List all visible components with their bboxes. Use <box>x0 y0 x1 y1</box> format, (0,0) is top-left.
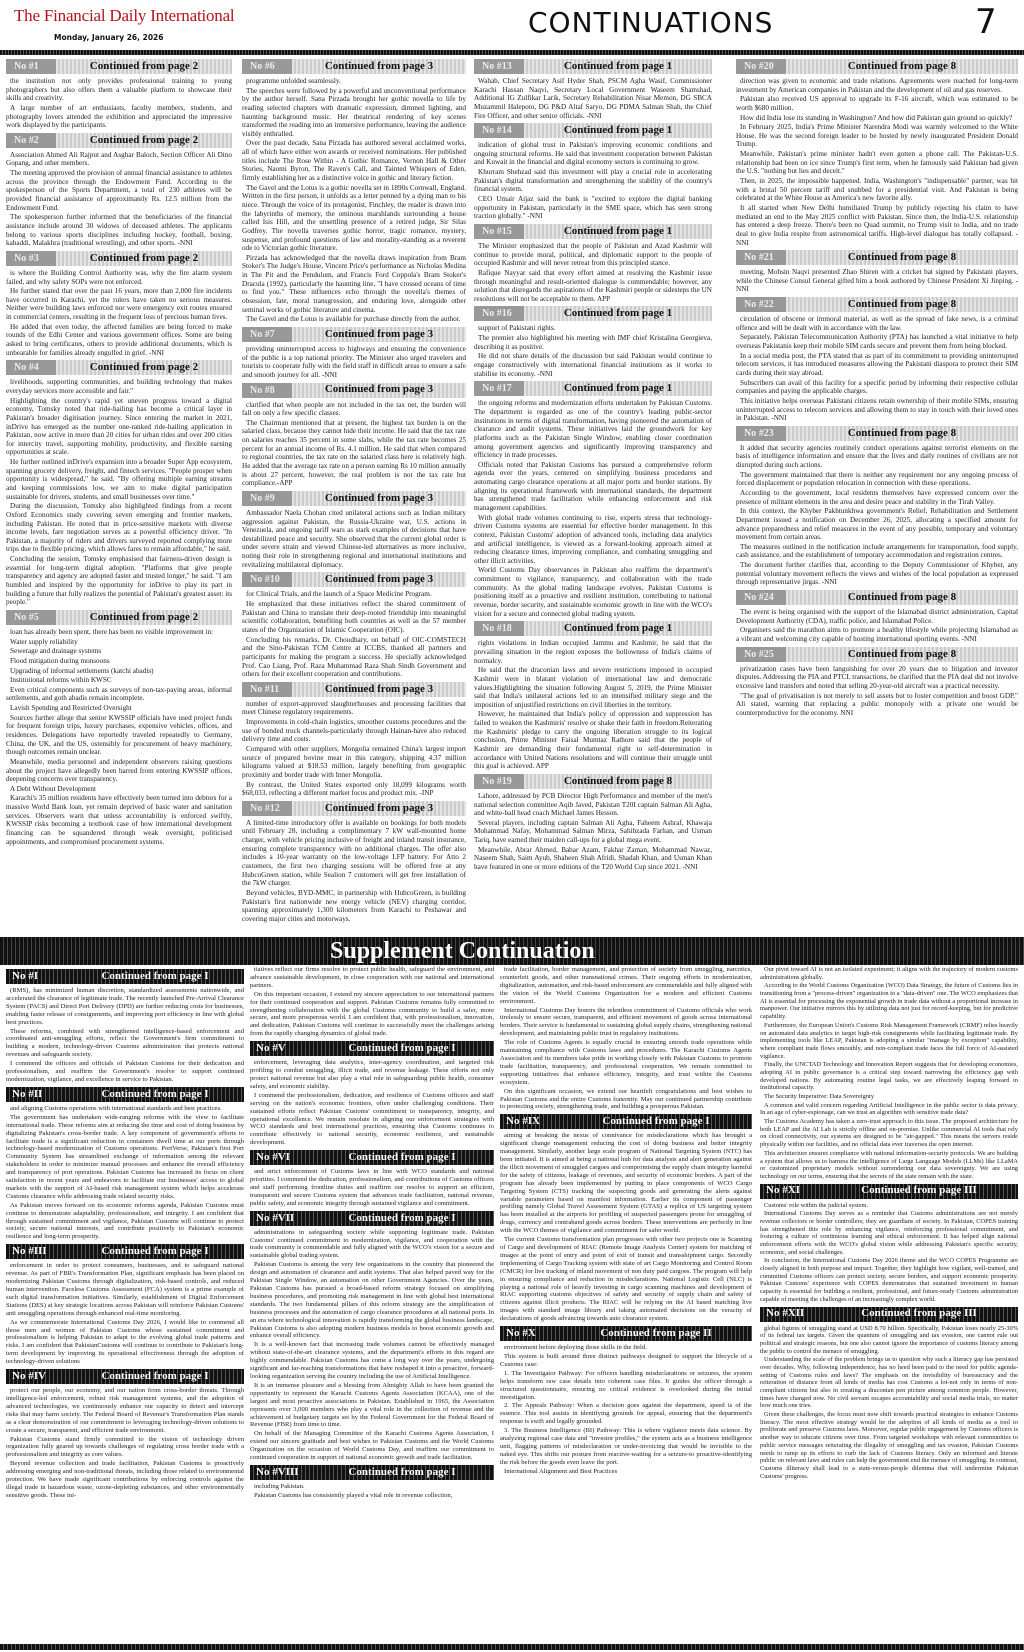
article-paragraph: Meanwhile, media personnel and independe… <box>6 758 232 784</box>
article-paragraph: On this important occasion, I extend my … <box>250 991 494 1038</box>
issue-date: Monday, January 26, 2026 <box>54 33 163 42</box>
continuation-header: No #22Continued from page 8 <box>736 297 1018 312</box>
article-paragraph: The government has undertaken wide-rangi… <box>6 1114 244 1201</box>
continuation-header: No #18Continued from page 1 <box>474 621 712 636</box>
article-paragraph: global figures of smuggling stand at USD… <box>760 1325 1018 1356</box>
article-paragraph: Wahab, Chief Secretary Asif Hyder Shah, … <box>474 77 712 120</box>
article-paragraph: With global trade volumes continuing to … <box>474 514 712 566</box>
article-continuation: No #22Continued from page 8circulation o… <box>736 297 1018 423</box>
continued-from-label: Continued from page I <box>310 1042 494 1055</box>
article-paragraph: It is a well-known fact that increasing … <box>250 1341 494 1381</box>
continued-from-label: Continued from page I <box>66 1370 244 1383</box>
article-paragraph: clarified that when people are not inclu… <box>242 401 466 418</box>
article-paragraph: The event is being organised with the su… <box>736 608 1018 625</box>
continued-from-label: Continued from page 2 <box>56 252 232 265</box>
article-paragraph: The Gavel and the Lotus is available for… <box>242 315 466 324</box>
continuation-header: No #VContinued from page I <box>250 1041 494 1056</box>
article-continuation: No #IContinued from page I(RMS), has min… <box>6 969 244 1084</box>
article-paragraph: This initiative helps overseas Pakistani… <box>736 397 1018 423</box>
article-number: No #IX <box>500 1115 560 1128</box>
article-paragraph: By contrast, the United States exported … <box>242 781 466 798</box>
article-continuation: No #16Continued from page 1support of Pa… <box>474 306 712 378</box>
article-paragraph: tiatives reflect our firms resolve to pr… <box>250 966 494 990</box>
article-continuation: No #25Continued from page 8privatization… <box>736 647 1018 718</box>
article-paragraph: Separately, Pakistan Telecommunication A… <box>736 333 1018 350</box>
continuation-header: No #4Continued from page 2 <box>6 360 232 375</box>
article-paragraph: Sewerage and drainage systems <box>6 647 232 656</box>
top-divider-rule <box>0 50 1024 55</box>
continuation-header: No #VIIIContinued from page I <box>250 1465 494 1480</box>
article-paragraph: The measures outlined in the notificatio… <box>736 543 1018 560</box>
article-paragraph: In February 2025, India's Prime Minister… <box>736 123 1018 149</box>
article-paragraph: CEO Umair Aijaz said the bank is "excite… <box>474 195 712 221</box>
continuation-header: No #16Continued from page 1 <box>474 306 712 321</box>
continuation-header: No #17Continued from page 1 <box>474 381 712 396</box>
article-continuation: No #3Continued from page 2is where the B… <box>6 251 232 357</box>
continued-from-label: Continued from page 8 <box>786 427 1018 440</box>
supplement-column-1: No #IContinued from page I(RMS), has min… <box>6 966 244 1642</box>
article-paragraph: Beyond vehicles, BYD-MMC, in partnership… <box>242 889 466 924</box>
article-continuation: No #IVContinued from page Iprotect our p… <box>6 1369 244 1500</box>
article-paragraph: The meeting approved the provision of an… <box>6 169 232 212</box>
continued-from-label: Continued from page I <box>310 1466 494 1479</box>
article-paragraph: Pakistan Customs has consistently played… <box>250 1492 494 1500</box>
article-number: No #II <box>6 1088 66 1101</box>
continued-from-label: Continued from page II <box>560 1327 752 1340</box>
article-paragraph: He said that the draconian laws and seve… <box>474 666 712 709</box>
article-paragraph: Then, in 2025, the impossible happened. … <box>736 177 1018 203</box>
article-paragraph: It is an immense pleasure and a blessing… <box>250 1382 494 1429</box>
continued-from-label: Continued from page 3 <box>292 802 466 815</box>
article-continuation: tiatives reflect our firms resolve to pr… <box>250 966 494 1038</box>
article-paragraph: Pakistan also received US approval to up… <box>736 95 1018 112</box>
article-paragraph: enforcement in order to protect consumer… <box>6 1262 244 1317</box>
continuation-header: No #15Continued from page 1 <box>474 224 712 239</box>
continued-from-label: Continued from page III <box>820 1184 1018 1197</box>
continued-from-label: Continued from page 8 <box>524 775 712 788</box>
article-number: No #6 <box>242 59 292 74</box>
article-number: No #15 <box>474 224 524 239</box>
article-paragraph: Several players, including captain Salma… <box>474 819 712 845</box>
article-continuation: No #10Continued from page 3for Clinical … <box>242 572 466 678</box>
continuation-header: No #25Continued from page 8 <box>736 647 1018 662</box>
article-paragraph: Meanwhile, Abrar Ahmed, Babar Azam, Fakh… <box>474 846 712 872</box>
article-paragraph: livelihoods, supporting communities, and… <box>6 378 232 395</box>
article-paragraph: A common and valid concern regarding Art… <box>760 1102 1018 1117</box>
article-paragraph: loan has already been spent, there has b… <box>6 628 232 637</box>
article-number: No #25 <box>736 647 786 662</box>
continued-from-label: Continued from page III <box>820 1307 1018 1320</box>
article-paragraph: In conclusion, the International Customs… <box>760 1257 1018 1303</box>
continued-from-label: Continued from page 1 <box>524 622 712 635</box>
article-paragraph: Flood mitigation during monsoons <box>6 657 232 666</box>
article-continuation: No #15Continued from page 1The Minister … <box>474 224 712 303</box>
article-paragraph: In a social media post, the PTA stated t… <box>736 352 1018 378</box>
article-paragraph: Ambassador Naela Chohan cited unilateral… <box>242 509 466 569</box>
continued-from-label: Continued from page 3 <box>292 60 466 73</box>
column-4: No #20Continued from page 8direction was… <box>736 56 1018 934</box>
article-number: No #2 <box>6 133 56 148</box>
article-number: No #24 <box>736 590 786 605</box>
article-paragraph: The Security Imperative: Data Sovereignt… <box>760 1093 1018 1101</box>
continued-from-label: Continued from page I <box>560 1115 752 1128</box>
continuation-header: No #IVContinued from page I <box>6 1369 244 1384</box>
article-paragraph: Meanwhile, Pakistan's prime minister had… <box>736 150 1018 176</box>
continuation-header: No #9Continued from page 3 <box>242 491 466 506</box>
continuation-header: No #2Continued from page 2 <box>6 133 232 148</box>
continued-from-label: Continued from page I <box>66 1088 244 1101</box>
article-paragraph: protect our people, our economy, and our… <box>6 1387 244 1434</box>
continuation-header: No #7Continued from page 3 <box>242 327 466 342</box>
article-paragraph: The Customs Academy has taken a zero-tru… <box>760 1118 1018 1149</box>
article-paragraph: privatization cases have been languishin… <box>736 665 1018 691</box>
continued-from-label: Continued from page 3 <box>292 683 466 696</box>
article-paragraph: the institution not only provides profes… <box>6 77 232 103</box>
continued-from-label: Continued from page 1 <box>524 307 712 320</box>
article-paragraph: is where the Building Control Authority … <box>6 269 232 286</box>
continuation-header: No #23Continued from page 8 <box>736 426 1018 441</box>
article-continuation: No #2Continued from page 2Association Ah… <box>6 133 232 248</box>
article-continuation: No #XIContinued from page IIICustoms' ro… <box>760 1184 1018 1304</box>
article-continuation: Our pivot toward AI is not an isolated e… <box>760 966 1018 1181</box>
article-number: No #XII <box>760 1307 820 1320</box>
article-number: No #5 <box>6 610 56 625</box>
article-continuation: No #8Continued from page 3clarified that… <box>242 383 466 488</box>
article-paragraph: Rafique Nayyar said that every effort ai… <box>474 269 712 304</box>
article-number: No #3 <box>6 251 56 266</box>
article-continuation: No #7Continued from page 3providing unin… <box>242 327 466 380</box>
article-number: No #V <box>250 1042 310 1055</box>
article-continuation: No #IIContinued from page Iand aligning … <box>6 1087 244 1241</box>
continued-from-label: Continued from page 3 <box>292 328 466 341</box>
article-paragraph: meeting, Mohsin Naqvi presented Zhao Shi… <box>736 268 1018 294</box>
continuation-header: No #IXContinued from page I <box>500 1114 752 1129</box>
article-number: No #20 <box>736 59 786 74</box>
article-paragraph: Water supply reliability <box>6 638 232 647</box>
article-paragraph: As we commemorate International Customs … <box>6 1319 244 1366</box>
continuation-header: No #VIContinued from page I <box>250 1150 494 1165</box>
continued-from-label: Continued from page 3 <box>292 492 466 505</box>
article-paragraph: He did not share details of the discussi… <box>474 352 712 378</box>
article-paragraph: In this context, the Khyber Pakhtunkhwa … <box>736 507 1018 542</box>
article-paragraph: 3. The Business Intelligence (BI) Pathwa… <box>500 1427 752 1467</box>
article-paragraph: providing uninterrupted access to highwa… <box>242 345 466 380</box>
continuation-header: No #6Continued from page 3 <box>242 59 466 74</box>
article-number: No #10 <box>242 572 292 587</box>
article-paragraph: Even critical components such as surveys… <box>6 686 232 703</box>
continuation-header: No #3Continued from page 2 <box>6 251 232 266</box>
continuation-header: No #10Continued from page 3 <box>242 572 466 587</box>
article-paragraph: for Clinical Trials, and the launch of a… <box>242 590 466 599</box>
continued-from-label: Continued from page 1 <box>524 382 712 395</box>
article-paragraph: Customs' role within the judicial system… <box>760 1202 1018 1210</box>
article-number: No #9 <box>242 491 292 506</box>
article-paragraph: World Customs Day observances in Pakista… <box>474 566 712 618</box>
section-title: CONTINUATIONS <box>528 6 773 39</box>
article-paragraph: The premier also highlighted his meeting… <box>474 334 712 351</box>
article-paragraph: Karachi's 35 million residents have effe… <box>6 794 232 846</box>
article-number: No #IV <box>6 1370 66 1383</box>
column-3: No #13Continued from page 1Wahab, Chief … <box>474 56 712 934</box>
article-number: No #11 <box>242 682 292 697</box>
article-paragraph: On behalf of the Managing Committee of t… <box>250 1430 494 1462</box>
article-paragraph: Concluding the session, Tomsky emphasise… <box>6 555 232 607</box>
article-number: No #XI <box>760 1184 820 1197</box>
article-paragraph: Given these challenges, the focus must n… <box>760 1411 1018 1480</box>
continuation-header: No #21Continued from page 8 <box>736 250 1018 265</box>
article-paragraph: As Pakistan moves forward on its economi… <box>6 1202 244 1242</box>
continued-from-label: Continued from page 2 <box>56 361 232 374</box>
continued-from-label: Continued from page I <box>66 1245 244 1258</box>
article-paragraph: I commend the officers and officials of … <box>6 1060 244 1084</box>
continued-from-label: Continued from page I <box>66 970 244 983</box>
continuation-header: No #12Continued from page 3 <box>242 801 466 816</box>
supplement-banner: Supplement Continuation <box>0 937 1024 965</box>
article-paragraph: Association Ahmed Ali Rajput and Asghar … <box>6 151 232 168</box>
article-paragraph: Furthermore, the European Union's Custom… <box>760 1022 1018 1060</box>
supplement-column-3: trade facilitation, border management, a… <box>500 966 752 1642</box>
article-continuation: No #12Continued from page 3A limited-tim… <box>242 801 466 924</box>
article-number: No #III <box>6 1245 66 1258</box>
article-paragraph: the ongoing reforms and modernization ef… <box>474 399 712 459</box>
article-continuation: No #IXContinued from page Iaiming at bre… <box>500 1114 752 1323</box>
article-paragraph: International Alignment and Best Practic… <box>500 1468 752 1476</box>
article-paragraph: However, he maintained that India's poli… <box>474 710 712 770</box>
article-number: No #18 <box>474 621 524 636</box>
article-paragraph: Highlighting the country's rapid yet une… <box>6 397 232 457</box>
continuation-header: No #IContinued from page I <box>6 969 244 984</box>
article-continuation: No #4Continued from page 2livelihoods, s… <box>6 360 232 607</box>
article-paragraph: Khurram Shehzad said this investment wil… <box>474 168 712 194</box>
article-paragraph: The Chairman mentioned that at present, … <box>242 419 466 488</box>
continued-from-label: Continued from page 1 <box>524 124 712 137</box>
continuation-header: No #24Continued from page 8 <box>736 590 1018 605</box>
article-paragraph: Officials noted that Pakistan Customs ha… <box>474 461 712 513</box>
article-paragraph: "The goal of privatisation is not merely… <box>736 692 1018 718</box>
article-continuation: No #19Continued from page 8Lahore, addre… <box>474 774 712 872</box>
article-paragraph: Lavish Spending and Restricted Oversight <box>6 704 232 713</box>
article-paragraph: The government maintained that there is … <box>736 471 1018 488</box>
article-continuation: No #XIIContinued from page IIIglobal fig… <box>760 1307 1018 1481</box>
continuation-header: No #IIContinued from page I <box>6 1087 244 1102</box>
article-paragraph: The role of Customs Agents is equally cr… <box>500 1039 752 1086</box>
article-continuation: No #VContinued from page Ienforcement, l… <box>250 1041 494 1147</box>
article-continuation: No #9Continued from page 3Ambassador Nae… <box>242 491 466 569</box>
article-paragraph: Concluding his remarks, Dr. Choudhary, o… <box>242 636 466 679</box>
article-paragraph: Organisers said the marathon aims to pro… <box>736 626 1018 643</box>
article-number: No #16 <box>474 306 524 321</box>
article-continuation: No #11Continued from page 3number of exp… <box>242 682 466 798</box>
continuation-header: No #11Continued from page 3 <box>242 682 466 697</box>
continuation-header: No #XIContinued from page III <box>760 1184 1018 1199</box>
article-number: No #I <box>6 970 66 983</box>
article-paragraph: Sources further allege that senior KWSSI… <box>6 714 232 757</box>
article-continuation: No #23Continued from page 8It added that… <box>736 426 1018 587</box>
article-paragraph: environment before deploying those skill… <box>500 1344 752 1352</box>
article-number: No #VIII <box>250 1466 310 1479</box>
continuation-header: No #XIIContinued from page III <box>760 1307 1018 1322</box>
article-paragraph: rights violations in Indian occupied Jam… <box>474 639 712 665</box>
continued-from-label: Continued from page 1 <box>524 225 712 238</box>
article-number: No #VII <box>250 1212 310 1225</box>
article-paragraph: Our pivot toward AI is not an isolated e… <box>760 966 1018 981</box>
article-paragraph: trade facilitation, border management, a… <box>500 966 752 1006</box>
article-paragraph: direction was given to economic and trad… <box>736 77 1018 94</box>
article-paragraph: A Debt Without Development <box>6 785 232 794</box>
continued-from-label: Continued from page 2 <box>56 611 232 624</box>
article-number: No #23 <box>736 426 786 441</box>
article-number: No #7 <box>242 327 292 342</box>
article-continuation: No #5Continued from page 2loan has alrea… <box>6 610 232 846</box>
article-paragraph: and strict enforcement of Customs laws i… <box>250 1168 494 1208</box>
article-paragraph: He emphasized that these initiatives ref… <box>242 600 466 635</box>
continuation-header: No #14Continued from page 1 <box>474 123 712 138</box>
article-continuation: No #21Continued from page 8meeting, Mohs… <box>736 250 1018 294</box>
continued-from-label: Continued from page 8 <box>786 60 1018 73</box>
bottom-divider-rule <box>0 1644 1024 1650</box>
article-continuation: No #17Continued from page 1the ongoing r… <box>474 381 712 618</box>
article-number: No #21 <box>736 250 786 265</box>
supplement-column-2: tiatives reflect our firms resolve to pr… <box>250 966 494 1642</box>
article-paragraph: number of export-approved slaughterhouse… <box>242 700 466 717</box>
article-number: No #8 <box>242 383 292 398</box>
article-number: No #17 <box>474 381 524 396</box>
article-paragraph: The Gavel and the Lotus is a gothic nove… <box>242 184 466 253</box>
article-paragraph: 1. The Investigator Pathway: For officer… <box>500 1370 752 1402</box>
article-paragraph: According to the government, local resid… <box>736 489 1018 506</box>
article-paragraph: He further outlined inDrive's expansion … <box>6 458 232 501</box>
article-number: No #12 <box>242 801 292 816</box>
article-number: No #14 <box>474 123 524 138</box>
article-paragraph: According to the World Customs Organizat… <box>760 982 1018 1020</box>
article-continuation: trade facilitation, border management, a… <box>500 966 752 1111</box>
article-paragraph: Improvements in cold-chain logistics, sm… <box>242 718 466 744</box>
article-paragraph: Understanding the scale of the problem b… <box>760 1356 1018 1410</box>
article-continuation: No #13Continued from page 1Wahab, Chief … <box>474 59 712 120</box>
continuation-header: No #VIIContinued from page I <box>250 1211 494 1226</box>
article-number: No #1 <box>6 59 56 74</box>
continuation-header: No #13Continued from page 1 <box>474 59 712 74</box>
article-paragraph: Pakistan Customs is among the very few o… <box>250 1261 494 1340</box>
continued-from-label: Continued from page 8 <box>786 648 1018 661</box>
article-paragraph: Pakistan Customs stand firmly committed … <box>6 1436 244 1460</box>
article-paragraph: indication of global trust in Pakistan's… <box>474 141 712 167</box>
article-paragraph: How did India lose its standing in Washi… <box>736 114 1018 123</box>
page-number: 7 <box>975 2 997 42</box>
article-paragraph: Institutional reforms within KWSC <box>6 676 232 685</box>
article-paragraph: It all started when New Delhi humiliated… <box>736 204 1018 247</box>
article-paragraph: The spokesperson further informed that t… <box>6 213 232 248</box>
article-paragraph: A large number of art enthusiasts, facul… <box>6 104 232 130</box>
article-paragraph: The current Customs transformation plan … <box>500 1236 752 1323</box>
article-paragraph: Upgrading of informal settlements (katch… <box>6 667 232 676</box>
article-paragraph: This architecture ensures compliance wit… <box>760 1150 1018 1181</box>
article-paragraph: A limited-time introductory offer is ava… <box>242 819 466 888</box>
continued-from-label: Continued from page I <box>310 1212 494 1225</box>
article-number: No #13 <box>474 59 524 74</box>
article-paragraph: and aligning Customs operations with int… <box>6 1105 244 1113</box>
continuation-header: No #19Continued from page 8 <box>474 774 712 789</box>
article-paragraph: It added that security agencies routinel… <box>736 444 1018 470</box>
article-number: No #VI <box>250 1151 310 1164</box>
continuation-header: No #1Continued from page 2 <box>6 59 232 74</box>
article-paragraph: Pirzada has acknowledged that the novell… <box>242 254 466 314</box>
article-paragraph: aiming at breaking the nexus of connivan… <box>500 1132 752 1235</box>
continued-from-label: Continued from page 1 <box>524 60 712 73</box>
continued-from-label: Continued from page 3 <box>292 383 466 396</box>
continuation-header: No #8Continued from page 3 <box>242 383 466 398</box>
article-paragraph: 2. The Appeals Pathway: When a decision … <box>500 1402 752 1426</box>
article-paragraph: The speeches were followed by a powerful… <box>242 87 466 139</box>
article-paragraph: administrations in safeguarding society … <box>250 1229 494 1261</box>
continued-from-label: Continued from page 8 <box>786 251 1018 264</box>
article-paragraph: The Minister emphasized that the people … <box>474 242 712 268</box>
article-continuation: No #VIIContinued from page Iadministrati… <box>250 1211 494 1462</box>
continuation-header: No #XContinued from page II <box>500 1326 752 1341</box>
article-paragraph: I commend the professionalism, dedicatio… <box>250 1092 494 1147</box>
article-paragraph: enforcement, leveraging data analytics, … <box>250 1059 494 1091</box>
article-paragraph: Over the past decade, Sana Pirzada has a… <box>242 139 466 182</box>
supplement-title: Supplement Continuation <box>330 937 595 965</box>
article-number: No #19 <box>474 774 524 789</box>
continuation-header: No #5Continued from page 2 <box>6 610 232 625</box>
article-number: No #X <box>500 1327 560 1340</box>
article-continuation: No #IIIContinued from page Ienforcement … <box>6 1244 244 1366</box>
article-continuation: No #1Continued from page 2the institutio… <box>6 59 232 130</box>
article-paragraph: (RMS), has minimized human discretion, s… <box>6 987 244 1027</box>
article-paragraph: Lahore, addressed by PCB Director High P… <box>474 792 712 818</box>
article-paragraph: This system is built around three distin… <box>500 1353 752 1369</box>
article-paragraph: Compared with other suppliers, Mongolia … <box>242 745 466 780</box>
article-continuation: No #24Continued from page 8The event is … <box>736 590 1018 644</box>
continuation-header: No #IIIContinued from page I <box>6 1244 244 1259</box>
article-continuation: No #6Continued from page 3programme unfo… <box>242 59 466 324</box>
masthead: The Financial Daily International Monday… <box>0 0 1024 50</box>
article-continuation: No #14Continued from page 1indication of… <box>474 123 712 221</box>
article-paragraph: circulation of obscene or immoral materi… <box>736 315 1018 332</box>
article-paragraph: International Customs Day serves as a re… <box>760 1210 1018 1256</box>
article-paragraph: Subscribers can avail of this facility f… <box>736 379 1018 396</box>
column-2: No #6Continued from page 3programme unfo… <box>242 56 466 934</box>
continued-from-label: Continued from page 8 <box>786 298 1018 311</box>
article-paragraph: The document further clarifies that, acc… <box>736 561 1018 587</box>
article-continuation: No #XContinued from page IIenvironment b… <box>500 1326 752 1476</box>
article-paragraph: International Customs Day honors the rel… <box>500 1007 752 1039</box>
article-paragraph: He further stated that over the past 16 … <box>6 287 232 322</box>
article-paragraph: Beyond revenue collection and trade faci… <box>6 1460 244 1500</box>
article-paragraph: On this significant occasion, we extend … <box>500 1088 752 1112</box>
supplement-column-4: Our pivot toward AI is not an isolated e… <box>760 966 1018 1642</box>
article-continuation: No #VIContinued from page Iand strict en… <box>250 1150 494 1208</box>
newspaper-title: The Financial Daily International <box>14 6 234 26</box>
article-paragraph: Finally, the UNCTAD Technology and Innov… <box>760 1061 1018 1092</box>
continued-from-label: Continued from page 8 <box>786 591 1018 604</box>
continued-from-label: Continued from page 3 <box>292 573 466 586</box>
article-continuation: No #VIIIContinued from page Iincluding P… <box>250 1465 494 1500</box>
article-paragraph: support of Pakistani rights. <box>474 324 712 333</box>
continuation-header: No #20Continued from page 8 <box>736 59 1018 74</box>
continued-from-label: Continued from page 2 <box>56 134 232 147</box>
article-paragraph: These reforms, combined with strengthene… <box>6 1028 244 1060</box>
article-continuation: No #18Continued from page 1rights violat… <box>474 621 712 771</box>
article-paragraph: During the discussion, Tomsky also highl… <box>6 502 232 554</box>
article-number: No #22 <box>736 297 786 312</box>
column-1: No #1Continued from page 2the institutio… <box>6 56 232 934</box>
article-paragraph: He added that even today, the affected f… <box>6 323 232 358</box>
article-number: No #4 <box>6 360 56 375</box>
article-continuation: No #20Continued from page 8direction was… <box>736 59 1018 247</box>
article-paragraph: programme unfolded seamlessly. <box>242 77 466 86</box>
